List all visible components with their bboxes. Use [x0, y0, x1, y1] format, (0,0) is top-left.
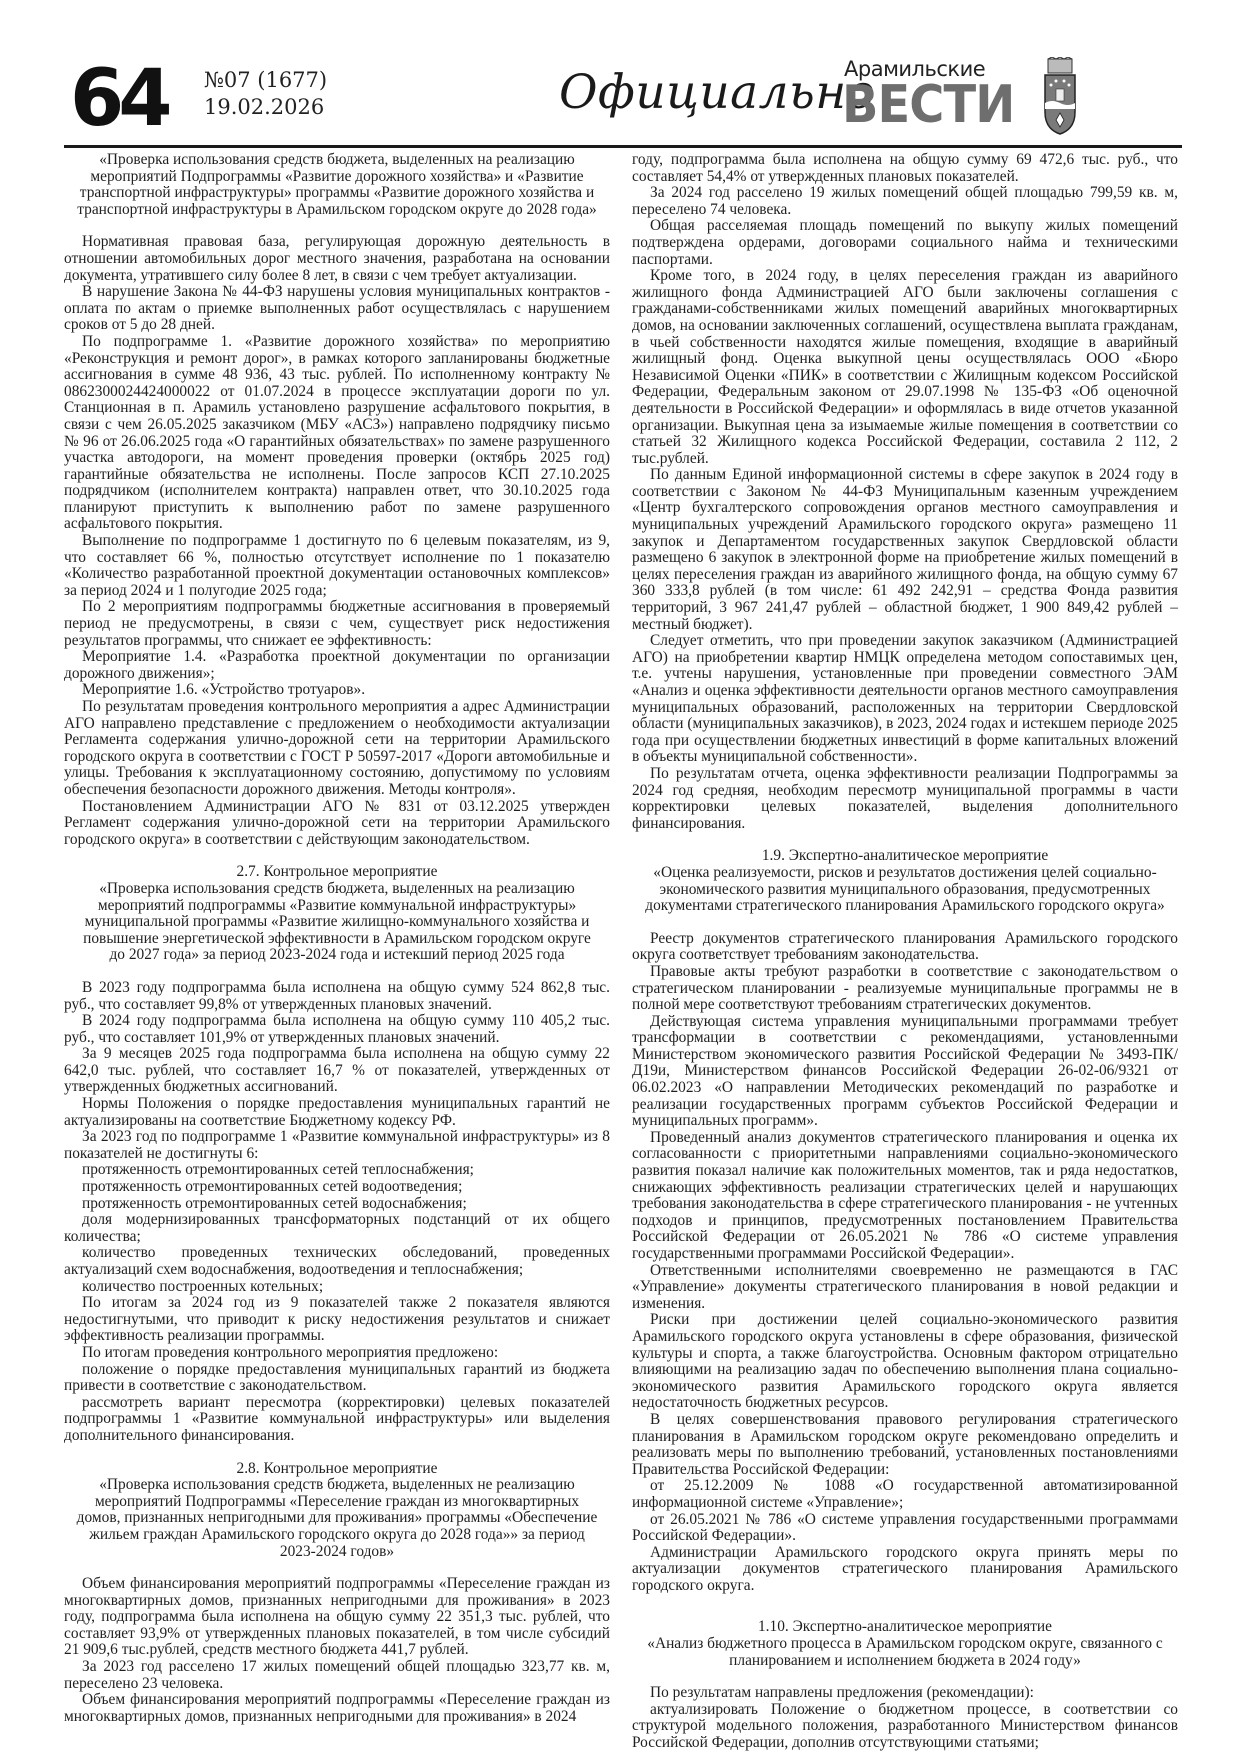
logo-main-text: ВЕСТИ — [842, 75, 1014, 135]
section-title: Официально — [559, 63, 875, 123]
masthead: 64 №07 (1677) 19.02.2026 Официально Арам… — [64, 55, 1182, 140]
paragraph: Риски при достижении целей социально-эко… — [632, 1312, 1178, 1412]
paragraph: По результатам проведения контрольного м… — [64, 699, 610, 799]
paragraph: По результатам отчета, оценка эффективно… — [632, 766, 1178, 832]
section-heading-2-8: 2.8. Контрольное мероприятие — [64, 1461, 610, 1478]
paragraph: рассмотреть вариант пересмотра (корректи… — [64, 1395, 610, 1445]
paragraph: По данным Единой информационной системы … — [632, 467, 1178, 633]
paragraph: Действующая система управления муниципал… — [632, 1014, 1178, 1130]
paragraph: В 2024 году подпрограмма была исполнена … — [64, 1013, 610, 1046]
list-item: доля модернизированных трансформаторных … — [64, 1212, 610, 1245]
city-coat-of-arms-icon — [1042, 57, 1078, 135]
paragraph: Нормативная правовая база, регулирующая … — [64, 234, 610, 284]
paragraph: В 2023 году подпрограмма была исполнена … — [64, 980, 610, 1013]
newspaper-logo: Арамильские ВЕСТИ — [844, 57, 1104, 137]
list-item: количество проведенных технических обсле… — [64, 1245, 610, 1278]
paragraph: Общая расселяемая площадь помещений по в… — [632, 218, 1178, 268]
paragraph: Мероприятие 1.4. «Разработка проектной д… — [64, 649, 610, 682]
paragraph: По итогам проведения контрольного меропр… — [64, 1345, 610, 1362]
paragraph: По подпрограмме 1. «Развитие дорожного х… — [64, 334, 610, 533]
section-title-1-9: «Оценка реализуемости, рисков и результа… — [642, 865, 1168, 915]
paragraph: Реестр документов стратегического планир… — [632, 931, 1178, 964]
paragraph: За 2024 год расселено 19 жилых помещений… — [632, 185, 1178, 218]
paragraph: В нарушение Закона № 44-ФЗ нарушены усло… — [64, 284, 610, 334]
paragraph: Выполнение по подпрограмме 1 достигнуто … — [64, 533, 610, 599]
paragraph: По результатам направлены предложения (р… — [632, 1685, 1178, 1702]
paragraph: За 9 месяцев 2025 года подпрограмма была… — [64, 1046, 610, 1096]
list-item: протяженность отремонтированных сетей во… — [64, 1179, 610, 1196]
header-rule — [64, 145, 1182, 148]
paragraph: Проведенный анализ документов стратегиче… — [632, 1130, 1178, 1263]
list-item: протяженность отремонтированных сетей те… — [64, 1162, 610, 1179]
paragraph: За 2023 год расселено 17 жилых помещений… — [64, 1659, 610, 1692]
paragraph: По 2 мероприятиям подпрограммы бюджетные… — [64, 599, 610, 649]
paragraph: В целях совершенствования правового регу… — [632, 1412, 1178, 1478]
section-title-2-8: «Проверка использования средств бюджета,… — [74, 1477, 600, 1560]
section-title-1-10: «Анализ бюджетного процесса в Арамильско… — [642, 1636, 1168, 1669]
section-heading-2-7: 2.7. Контрольное мероприятие — [64, 864, 610, 881]
paragraph: За 2023 год по подпрограмме 1 «Развитие … — [64, 1129, 610, 1162]
section-heading-1-10: 1.10. Экспертно-аналитическое мероприяти… — [632, 1619, 1178, 1636]
list-item: протяженность отремонтированных сетей во… — [64, 1196, 610, 1213]
section-heading-1-9: 1.9. Экспертно-аналитическое мероприятие — [632, 848, 1178, 865]
article-title: «Проверка использования средств бюджета,… — [74, 152, 600, 218]
paragraph: положение о порядке предоставления муниц… — [64, 1362, 610, 1395]
paragraph: Мероприятие 1.6. «Устройство тротуаров». — [64, 682, 610, 699]
issue-info: №07 (1677) 19.02.2026 — [204, 67, 327, 121]
paragraph-continued: году, подпрограмма была исполнена на общ… — [632, 152, 1178, 185]
paragraph: Ответственными исполнителями своевременн… — [632, 1263, 1178, 1313]
right-column: году, подпрограмма была исполнена на общ… — [632, 152, 1178, 1752]
page-number: 64 — [70, 59, 167, 139]
paragraph: По итогам за 2024 год из 9 показателей т… — [64, 1295, 610, 1345]
paragraph: актуализировать Положение о бюджетном пр… — [632, 1702, 1178, 1752]
paragraph: Объем финансирования мероприятий подпрог… — [64, 1692, 610, 1725]
paragraph: Следует отметить, что при проведении зак… — [632, 633, 1178, 766]
list-item: количество построенных котельных; — [64, 1279, 610, 1296]
paragraph: Правовые акты требуют разработки в соотв… — [632, 964, 1178, 1014]
paragraph: Объем финансирования мероприятий подпрог… — [64, 1576, 610, 1659]
paragraph: Администрации Арамильского городского ок… — [632, 1545, 1178, 1595]
paragraph: Нормы Положения о порядке предоставления… — [64, 1096, 610, 1129]
section-title-2-7: «Проверка использования средств бюджета,… — [74, 881, 600, 964]
issue-number: №07 (1677) — [204, 67, 327, 94]
left-column: «Проверка использования средств бюджета,… — [64, 152, 610, 1725]
paragraph: от 25.12.2009 № 1088 «О государственной … — [632, 1478, 1178, 1511]
issue-date: 19.02.2026 — [204, 94, 327, 121]
paragraph: от 26.05.2021 № 786 «О системе управлени… — [632, 1512, 1178, 1545]
paragraph: Постановлением Администрации АГО № 831 о… — [64, 799, 610, 849]
paragraph: Кроме того, в 2024 году, в целях пересел… — [632, 268, 1178, 467]
